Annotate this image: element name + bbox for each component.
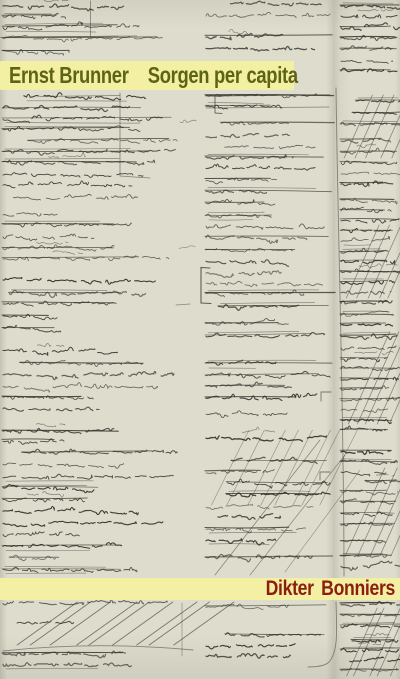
genre-label: Dikter — [266, 577, 314, 601]
publisher-name: Bonniers — [321, 577, 395, 601]
book-cover: Ernst Brunner Sorgen per capita Dikter B… — [0, 0, 400, 679]
imprint-band: Dikter Bonniers — [0, 578, 400, 600]
author-name: Ernst Brunner — [9, 62, 129, 89]
imprint-row: Dikter Bonniers — [266, 577, 395, 601]
title-row: Ernst Brunner Sorgen per capita — [9, 62, 298, 89]
title-band: Ernst Brunner Sorgen per capita — [0, 61, 294, 90]
book-title: Sorgen per capita — [148, 62, 298, 89]
